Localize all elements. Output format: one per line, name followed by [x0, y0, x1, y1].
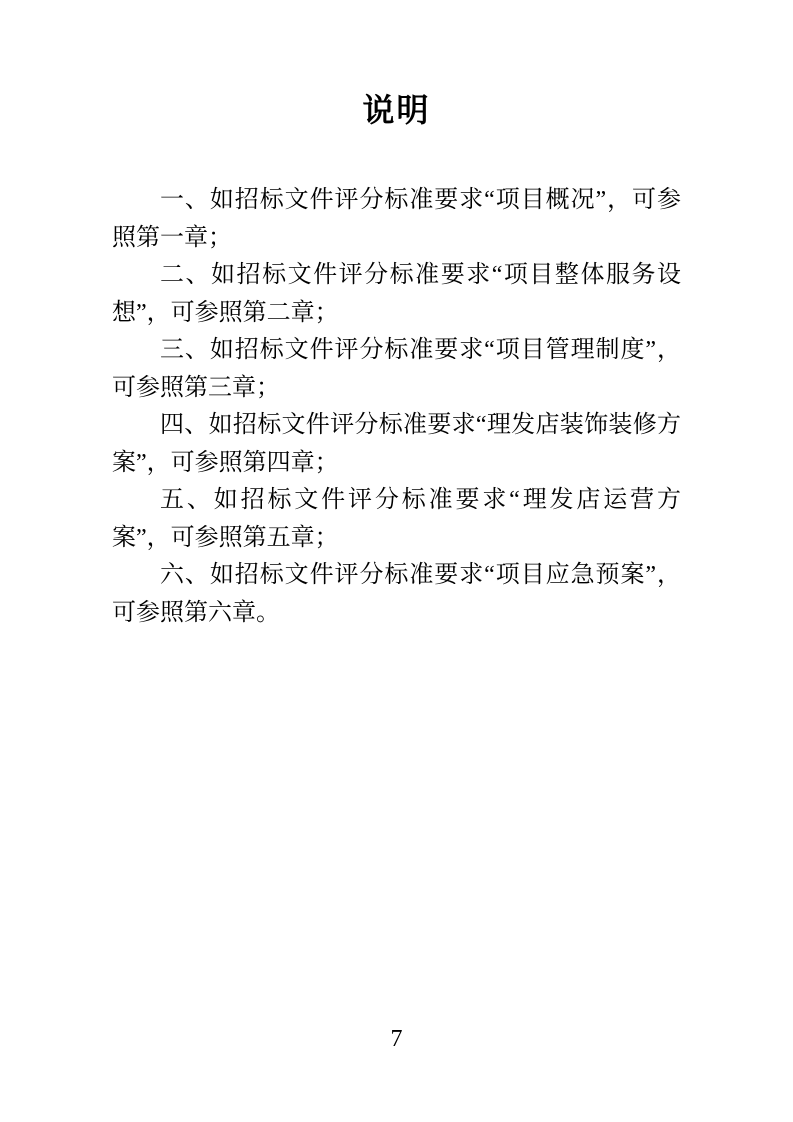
paragraph: 三、如招标文件评分标准要求“项目管理制度”，可参照第三章；: [112, 332, 681, 407]
paragraph: 六、如招标文件评分标准要求“项目应急预案”，可参照第六章。: [112, 557, 681, 632]
document-page: 说明 一、如招标文件评分标准要求“项目概况”，可参照第一章；二、如招标文件评分标…: [0, 0, 793, 1122]
page-title: 说明: [0, 0, 793, 130]
paragraph: 一、如招标文件评分标准要求“项目概况”，可参照第一章；: [112, 182, 681, 257]
document-body: 一、如招标文件评分标准要求“项目概况”，可参照第一章；二、如招标文件评分标准要求…: [112, 182, 681, 632]
paragraph: 五、如招标文件评分标准要求“理发店运营方案”，可参照第五章；: [112, 482, 681, 557]
paragraph: 二、如招标文件评分标准要求“项目整体服务设想”，可参照第二章；: [112, 257, 681, 332]
paragraph: 四、如招标文件评分标准要求“理发店装饰装修方案”，可参照第四章；: [112, 407, 681, 482]
page-number: 7: [0, 1022, 793, 1056]
